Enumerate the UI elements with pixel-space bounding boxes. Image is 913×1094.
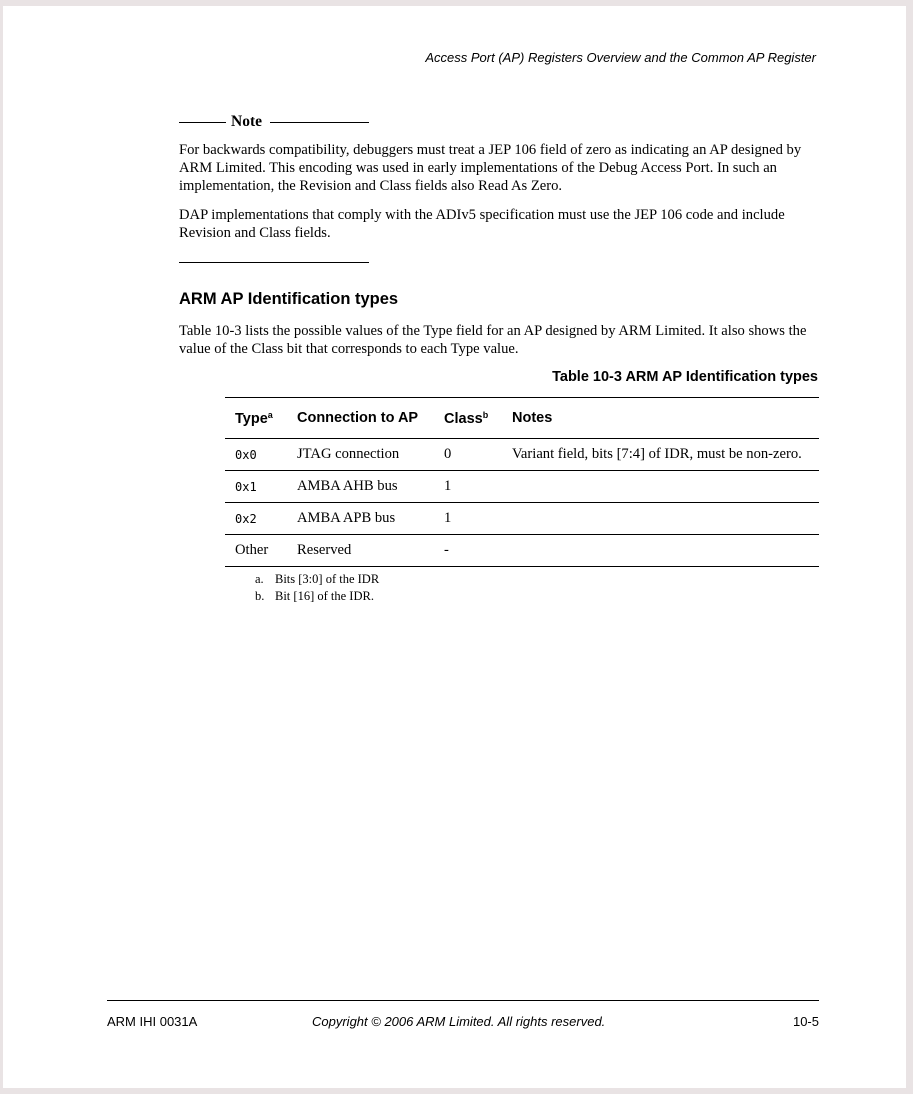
cell-connection: AMBA APB bus [297, 503, 444, 535]
document-id: ARM IHI 0031A [107, 1014, 197, 1029]
cell-class: 1 [444, 503, 512, 535]
header-class: Classb [444, 398, 512, 439]
cell-class: 1 [444, 471, 512, 503]
table-caption: Table 10-3 ARM AP Identification types [552, 369, 818, 385]
footnote-mark: a [268, 410, 273, 420]
note-paragraph: DAP implementations that comply with the… [179, 206, 829, 242]
note-end-rule [179, 262, 369, 263]
footnote: b. Bit [16] of the IDR. [255, 588, 379, 605]
cell-class: - [444, 535, 512, 567]
header-type: Typea [225, 398, 297, 439]
header-label: Connection to AP [297, 410, 418, 426]
footnote-mark: a. [255, 571, 275, 588]
footnote-mark: b [483, 410, 489, 420]
ap-identification-table: Typea Connection to AP Classb Notes 0x0 … [225, 397, 819, 567]
footnote-mark: b. [255, 588, 275, 605]
footnote-text: Bit [16] of the IDR. [275, 588, 374, 605]
table-header-row: Typea Connection to AP Classb Notes [225, 398, 819, 439]
section-intro: Table 10-3 lists the possible values of … [179, 322, 829, 358]
note-paragraph: For backwards compatibility, debuggers m… [179, 141, 829, 195]
cell-class: 0 [444, 439, 512, 471]
cell-type: 0x1 [225, 471, 297, 503]
header-label: Class [444, 411, 483, 427]
cell-notes [512, 503, 819, 535]
table-row: 0x2 AMBA APB bus 1 [225, 503, 819, 535]
cell-type: 0x0 [225, 439, 297, 471]
table-footnotes: a. Bits [3:0] of the IDR b. Bit [16] of … [255, 571, 379, 605]
table-row: 0x1 AMBA AHB bus 1 [225, 471, 819, 503]
running-header: Access Port (AP) Registers Overview and … [425, 50, 816, 65]
page-number: 10-5 [793, 1014, 819, 1029]
header-label: Type [235, 411, 268, 427]
cell-connection: Reserved [297, 535, 444, 567]
cell-connection: AMBA AHB bus [297, 471, 444, 503]
document-page: Access Port (AP) Registers Overview and … [3, 6, 906, 1088]
footnote: a. Bits [3:0] of the IDR [255, 571, 379, 588]
note-label: Note [231, 113, 262, 131]
page-footer: ARM IHI 0031A Copyright © 2006 ARM Limit… [107, 1014, 819, 1029]
copyright-notice: Copyright © 2006 ARM Limited. All rights… [312, 1014, 605, 1029]
note-block: Note For backwards compatibility, debugg… [179, 112, 829, 263]
cell-notes: Variant field, bits [7:4] of IDR, must b… [512, 439, 819, 471]
footer-rule [107, 1000, 819, 1001]
cell-notes [512, 535, 819, 567]
cell-connection: JTAG connection [297, 439, 444, 471]
table-row: 0x0 JTAG connection 0 Variant field, bit… [225, 439, 819, 471]
note-rule-right [270, 122, 369, 123]
note-heading: Note [179, 112, 369, 132]
header-notes: Notes [512, 398, 819, 439]
cell-type: Other [225, 535, 297, 567]
footnote-text: Bits [3:0] of the IDR [275, 571, 379, 588]
cell-notes [512, 471, 819, 503]
note-rule-left [179, 122, 226, 123]
header-connection: Connection to AP [297, 398, 444, 439]
table-row: Other Reserved - [225, 535, 819, 567]
section-heading: ARM AP Identification types [179, 290, 398, 309]
header-label: Notes [512, 410, 552, 426]
cell-type: 0x2 [225, 503, 297, 535]
